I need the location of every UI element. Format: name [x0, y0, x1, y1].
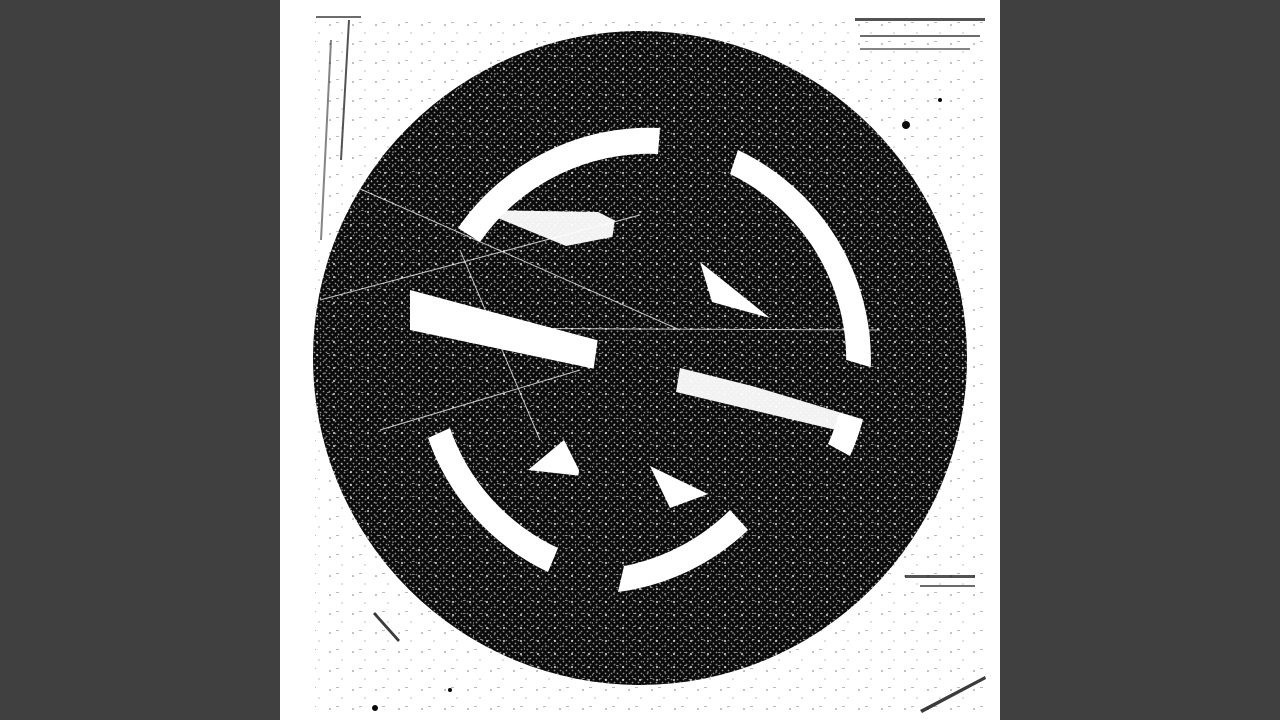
- album-artwork: [280, 0, 1000, 720]
- video-frame: [0, 0, 1280, 720]
- pinwheel-rotor-circle-icon: [280, 0, 1000, 720]
